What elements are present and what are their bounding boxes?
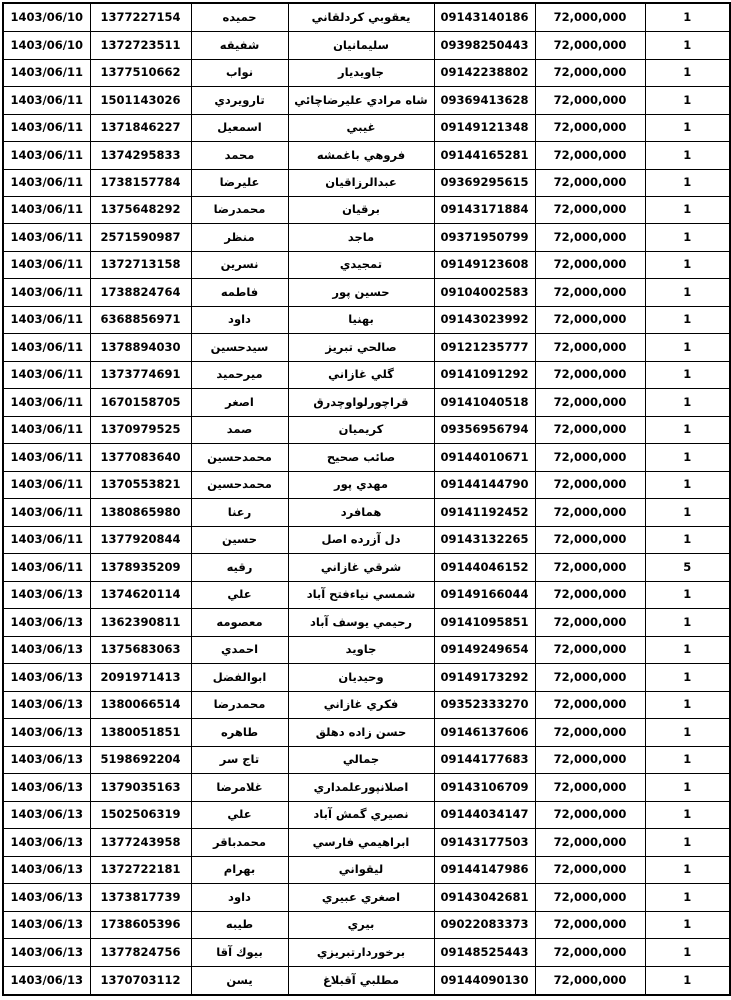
table-row: 1403/06/111377083640محمدحسينصائب صحيح091…	[3, 444, 730, 471]
cell-amount: 72,000,000	[535, 884, 645, 911]
table-row: 1403/06/131380051851طاهرهحسن زاده دهلق09…	[3, 719, 730, 746]
cell-last-name: كريميان	[288, 416, 434, 443]
table-row: 1403/06/111738824764فاطمهحسين پور0910400…	[3, 279, 730, 306]
cell-id: 1670158705	[90, 389, 191, 416]
cell-date: 1403/06/13	[3, 664, 90, 691]
cell-count: 1	[645, 361, 730, 388]
cell-date: 1403/06/13	[3, 636, 90, 663]
cell-count: 1	[645, 884, 730, 911]
cell-phone: 09143132265	[434, 526, 535, 553]
cell-amount: 72,000,000	[535, 856, 645, 883]
cell-amount: 72,000,000	[535, 691, 645, 718]
cell-count: 1	[645, 389, 730, 416]
cell-amount: 72,000,000	[535, 746, 645, 773]
cell-amount: 72,000,000	[535, 251, 645, 278]
cell-count: 1	[645, 334, 730, 361]
cell-first-name: عليرضا	[191, 169, 288, 196]
cell-last-name: فكري غازاني	[288, 691, 434, 718]
cell-id: 2571590987	[90, 224, 191, 251]
cell-amount: 72,000,000	[535, 719, 645, 746]
table-body: 1403/06/101377227154حميدهيعقوبي كردلقاني…	[3, 3, 730, 995]
cell-amount: 72,000,000	[535, 416, 645, 443]
cell-date: 1403/06/11	[3, 416, 90, 443]
cell-amount: 72,000,000	[535, 197, 645, 224]
cell-date: 1403/06/11	[3, 361, 90, 388]
cell-id: 1374295833	[90, 142, 191, 169]
cell-id: 5198692204	[90, 746, 191, 773]
cell-last-name: غيبي	[288, 114, 434, 141]
cell-date: 1403/06/13	[3, 939, 90, 966]
cell-last-name: اصلانپورعلمداري	[288, 774, 434, 801]
cell-id: 1738605396	[90, 911, 191, 938]
cell-count: 1	[645, 801, 730, 828]
cell-phone: 09141091292	[434, 361, 535, 388]
cell-amount: 72,000,000	[535, 279, 645, 306]
cell-phone: 09144046152	[434, 554, 535, 581]
cell-amount: 72,000,000	[535, 361, 645, 388]
cell-count: 1	[645, 664, 730, 691]
cell-phone: 09398250443	[434, 32, 535, 59]
table-row: 1403/06/135198692204تاج سرجمالي091441776…	[3, 746, 730, 773]
cell-last-name: قراچورلواوچدرق	[288, 389, 434, 416]
cell-last-name: صائب صحيح	[288, 444, 434, 471]
table-row: 1403/06/111372713158نسرينتمجيدي091491236…	[3, 251, 730, 278]
cell-last-name: برقيان	[288, 197, 434, 224]
cell-last-name: همافرد	[288, 499, 434, 526]
cell-date: 1403/06/10	[3, 3, 90, 32]
cell-last-name: شرقي غازاني	[288, 554, 434, 581]
cell-last-name: ماجد	[288, 224, 434, 251]
cell-count: 1	[645, 59, 730, 86]
table-row: 1403/06/111378935209رقيهشرقي غازاني09144…	[3, 554, 730, 581]
cell-count: 1	[645, 87, 730, 114]
cell-last-name: شاه مرادي عليرضاچائي	[288, 87, 434, 114]
cell-count: 1	[645, 499, 730, 526]
cell-first-name: محمدرضا	[191, 197, 288, 224]
cell-phone: 09146137606	[434, 719, 535, 746]
cell-id: 1362390811	[90, 609, 191, 636]
table-row: 1403/06/111501143026تارويرديشاه مرادي عل…	[3, 87, 730, 114]
cell-first-name: نواب	[191, 59, 288, 86]
cell-first-name: تارويردي	[191, 87, 288, 114]
cell-date: 1403/06/11	[3, 87, 90, 114]
cell-first-name: علي	[191, 581, 288, 608]
table-row: 1403/06/111374295833محمدفروهي باغمشه0914…	[3, 142, 730, 169]
cell-id: 1375683063	[90, 636, 191, 663]
cell-id: 1378935209	[90, 554, 191, 581]
cell-date: 1403/06/11	[3, 114, 90, 141]
cell-count: 1	[645, 636, 730, 663]
table-row: 1403/06/111380865980رعناهمافرد0914119245…	[3, 499, 730, 526]
table-row: 1403/06/131370703112يسنمطلبي آقبلاغ09144…	[3, 966, 730, 995]
cell-count: 1	[645, 911, 730, 938]
cell-count: 1	[645, 746, 730, 773]
cell-date: 1403/06/11	[3, 334, 90, 361]
cell-phone: 09369295615	[434, 169, 535, 196]
cell-amount: 72,000,000	[535, 774, 645, 801]
cell-amount: 72,000,000	[535, 389, 645, 416]
cell-first-name: اسمعيل	[191, 114, 288, 141]
table-row: 1403/06/111670158705اصغرقراچورلواوچدرق09…	[3, 389, 730, 416]
cell-amount: 72,000,000	[535, 3, 645, 32]
cell-id: 1374620114	[90, 581, 191, 608]
cell-date: 1403/06/11	[3, 169, 90, 196]
table-row: 1403/06/131377824756بيوك آقابرخوردارتبري…	[3, 939, 730, 966]
cell-date: 1403/06/13	[3, 719, 90, 746]
cell-id: 6368856971	[90, 306, 191, 333]
table-row: 1403/06/111375648292محمدرضابرقيان0914317…	[3, 197, 730, 224]
cell-count: 1	[645, 3, 730, 32]
table-row: 1403/06/131502506319علينصيري گمش آباد091…	[3, 801, 730, 828]
cell-last-name: جاويد	[288, 636, 434, 663]
cell-last-name: وحيديان	[288, 664, 434, 691]
cell-amount: 72,000,000	[535, 169, 645, 196]
cell-phone: 09149123608	[434, 251, 535, 278]
cell-amount: 72,000,000	[535, 801, 645, 828]
cell-last-name: عبدالرزاقيان	[288, 169, 434, 196]
cell-count: 1	[645, 169, 730, 196]
cell-amount: 72,000,000	[535, 334, 645, 361]
cell-first-name: حميده	[191, 3, 288, 32]
table-row: 1403/06/111373774691ميرحميدگلي غازاني091…	[3, 361, 730, 388]
cell-last-name: صالحي تبريز	[288, 334, 434, 361]
cell-id: 1501143026	[90, 87, 191, 114]
cell-phone: 09371950799	[434, 224, 535, 251]
cell-date: 1403/06/11	[3, 499, 90, 526]
cell-first-name: نسرين	[191, 251, 288, 278]
cell-amount: 72,000,000	[535, 142, 645, 169]
cell-first-name: غلامرضا	[191, 774, 288, 801]
cell-phone: 09141192452	[434, 499, 535, 526]
cell-date: 1403/06/13	[3, 691, 90, 718]
cell-last-name: سليمانيان	[288, 32, 434, 59]
cell-id: 1380066514	[90, 691, 191, 718]
cell-id: 1379035163	[90, 774, 191, 801]
cell-id: 1502506319	[90, 801, 191, 828]
cell-count: 1	[645, 939, 730, 966]
cell-count: 1	[645, 966, 730, 995]
cell-id: 1738824764	[90, 279, 191, 306]
cell-date: 1403/06/13	[3, 966, 90, 995]
cell-last-name: برخوردارتبريزي	[288, 939, 434, 966]
cell-phone: 09142238802	[434, 59, 535, 86]
cell-id: 1380865980	[90, 499, 191, 526]
table-row: 1403/06/132091971413ابوالفضلوحيديان09149…	[3, 664, 730, 691]
cell-amount: 72,000,000	[535, 609, 645, 636]
cell-id: 1377920844	[90, 526, 191, 553]
table-row: 1403/06/131372722181بهرامليقواني09144147…	[3, 856, 730, 883]
table-row: 1403/06/111738157784عليرضاعبدالرزاقيان09…	[3, 169, 730, 196]
cell-id: 1377083640	[90, 444, 191, 471]
cell-id: 1375648292	[90, 197, 191, 224]
cell-id: 1377243958	[90, 829, 191, 856]
cell-date: 1403/06/13	[3, 911, 90, 938]
cell-phone: 09143140186	[434, 3, 535, 32]
cell-amount: 72,000,000	[535, 114, 645, 141]
cell-amount: 72,000,000	[535, 471, 645, 498]
cell-id: 1370553821	[90, 471, 191, 498]
cell-date: 1403/06/11	[3, 279, 90, 306]
cell-last-name: اصغري عبيري	[288, 884, 434, 911]
cell-phone: 09149249654	[434, 636, 535, 663]
cell-id: 1377824756	[90, 939, 191, 966]
table-row: 1403/06/111370979525صمدكريميان0935695679…	[3, 416, 730, 443]
cell-first-name: طاهره	[191, 719, 288, 746]
cell-amount: 72,000,000	[535, 499, 645, 526]
cell-first-name: علي	[191, 801, 288, 828]
cell-amount: 72,000,000	[535, 59, 645, 86]
cell-last-name: حسن زاده دهلق	[288, 719, 434, 746]
table-row: 1403/06/131373817739داوداصغري عبيري09143…	[3, 884, 730, 911]
cell-count: 1	[645, 197, 730, 224]
table-row: 1403/06/131362390811معصومهرحيمي يوسف آبا…	[3, 609, 730, 636]
cell-count: 1	[645, 279, 730, 306]
cell-first-name: اصغر	[191, 389, 288, 416]
cell-first-name: داود	[191, 884, 288, 911]
cell-first-name: ابوالفضل	[191, 664, 288, 691]
cell-id: 1372722181	[90, 856, 191, 883]
cell-last-name: تمجيدي	[288, 251, 434, 278]
cell-last-name: گلي غازاني	[288, 361, 434, 388]
cell-phone: 09144010671	[434, 444, 535, 471]
cell-phone: 09143106709	[434, 774, 535, 801]
cell-count: 1	[645, 251, 730, 278]
cell-amount: 72,000,000	[535, 911, 645, 938]
cell-last-name: ابراهيمي فارسي	[288, 829, 434, 856]
cell-id: 1370979525	[90, 416, 191, 443]
cell-phone: 09149121348	[434, 114, 535, 141]
cell-first-name: رقيه	[191, 554, 288, 581]
cell-date: 1403/06/13	[3, 746, 90, 773]
cell-date: 1403/06/11	[3, 526, 90, 553]
cell-count: 1	[645, 774, 730, 801]
table-row: 1403/06/131377243958محمدباقرابراهيمي فار…	[3, 829, 730, 856]
cell-date: 1403/06/13	[3, 829, 90, 856]
cell-count: 1	[645, 142, 730, 169]
cell-last-name: دل آزرده اصل	[288, 526, 434, 553]
cell-first-name: صمد	[191, 416, 288, 443]
cell-first-name: تاج سر	[191, 746, 288, 773]
cell-phone: 09141040518	[434, 389, 535, 416]
cell-amount: 72,000,000	[535, 966, 645, 995]
cell-id: 1373817739	[90, 884, 191, 911]
cell-date: 1403/06/13	[3, 774, 90, 801]
cell-count: 1	[645, 224, 730, 251]
cell-first-name: شفيقه	[191, 32, 288, 59]
cell-first-name: ميرحميد	[191, 361, 288, 388]
cell-phone: 09144177683	[434, 746, 535, 773]
cell-id: 1377227154	[90, 3, 191, 32]
cell-count: 1	[645, 306, 730, 333]
cell-count: 1	[645, 32, 730, 59]
table-row: 1403/06/131374620114عليشمسي نياءفتح آباد…	[3, 581, 730, 608]
cell-first-name: فاطمه	[191, 279, 288, 306]
cell-first-name: سيدحسين	[191, 334, 288, 361]
records-table: 1403/06/101377227154حميدهيعقوبي كردلقاني…	[2, 2, 731, 996]
cell-phone: 09143177503	[434, 829, 535, 856]
cell-id: 1738157784	[90, 169, 191, 196]
cell-id: 1372723511	[90, 32, 191, 59]
cell-first-name: احمدي	[191, 636, 288, 663]
cell-date: 1403/06/13	[3, 801, 90, 828]
cell-date: 1403/06/13	[3, 884, 90, 911]
table-row: 1403/06/111377510662نوابجاويديار09142238…	[3, 59, 730, 86]
table-row: 1403/06/131375683063احمديجاويد0914924965…	[3, 636, 730, 663]
cell-id: 1371846227	[90, 114, 191, 141]
table-row: 1403/06/111378894030سيدحسينصالحي تبريز09…	[3, 334, 730, 361]
cell-phone: 09149166044	[434, 581, 535, 608]
cell-date: 1403/06/13	[3, 856, 90, 883]
cell-id: 2091971413	[90, 664, 191, 691]
cell-count: 1	[645, 471, 730, 498]
cell-phone: 09104002583	[434, 279, 535, 306]
cell-count: 1	[645, 719, 730, 746]
cell-id: 1378894030	[90, 334, 191, 361]
cell-date: 1403/06/11	[3, 444, 90, 471]
cell-last-name: جاويديار	[288, 59, 434, 86]
cell-last-name: فروهي باغمشه	[288, 142, 434, 169]
cell-count: 1	[645, 856, 730, 883]
cell-id: 1373774691	[90, 361, 191, 388]
cell-date: 1403/06/11	[3, 554, 90, 581]
cell-first-name: محمد	[191, 142, 288, 169]
cell-last-name: ليقواني	[288, 856, 434, 883]
cell-last-name: شمسي نياءفتح آباد	[288, 581, 434, 608]
cell-phone: 09356956794	[434, 416, 535, 443]
cell-id: 1370703112	[90, 966, 191, 995]
cell-count: 5	[645, 554, 730, 581]
cell-id: 1372713158	[90, 251, 191, 278]
cell-count: 1	[645, 609, 730, 636]
cell-first-name: حسين	[191, 526, 288, 553]
cell-first-name: محمدباقر	[191, 829, 288, 856]
cell-first-name: طيبه	[191, 911, 288, 938]
cell-phone: 09143042681	[434, 884, 535, 911]
cell-date: 1403/06/10	[3, 32, 90, 59]
cell-date: 1403/06/13	[3, 581, 90, 608]
cell-phone: 09022083373	[434, 911, 535, 938]
cell-phone: 09144090130	[434, 966, 535, 995]
cell-count: 1	[645, 444, 730, 471]
cell-last-name: بيري	[288, 911, 434, 938]
cell-date: 1403/06/11	[3, 142, 90, 169]
cell-phone: 09143023992	[434, 306, 535, 333]
cell-amount: 72,000,000	[535, 87, 645, 114]
cell-phone: 09144165281	[434, 142, 535, 169]
cell-date: 1403/06/13	[3, 609, 90, 636]
table-row: 1403/06/131379035163غلامرضااصلانپورعلمدا…	[3, 774, 730, 801]
table-row: 1403/06/116368856971داودبهنيا09143023992…	[3, 306, 730, 333]
cell-id: 1380051851	[90, 719, 191, 746]
cell-last-name: مهدي پور	[288, 471, 434, 498]
table-row: 1403/06/131738605396طيبهبيري090220833737…	[3, 911, 730, 938]
table-row: 1403/06/112571590987منظرماجد093719507997…	[3, 224, 730, 251]
cell-first-name: منظر	[191, 224, 288, 251]
cell-last-name: يعقوبي كردلقاني	[288, 3, 434, 32]
cell-amount: 72,000,000	[535, 306, 645, 333]
cell-first-name: داود	[191, 306, 288, 333]
cell-amount: 72,000,000	[535, 829, 645, 856]
cell-date: 1403/06/11	[3, 306, 90, 333]
cell-phone: 09144144790	[434, 471, 535, 498]
cell-id: 1377510662	[90, 59, 191, 86]
cell-count: 1	[645, 526, 730, 553]
cell-date: 1403/06/11	[3, 251, 90, 278]
table-row: 1403/06/131380066514محمدرضافكري غازاني09…	[3, 691, 730, 718]
cell-phone: 09144034147	[434, 801, 535, 828]
cell-phone: 09141095851	[434, 609, 535, 636]
cell-last-name: نصيري گمش آباد	[288, 801, 434, 828]
cell-date: 1403/06/11	[3, 389, 90, 416]
cell-amount: 72,000,000	[535, 636, 645, 663]
cell-last-name: حسين پور	[288, 279, 434, 306]
cell-date: 1403/06/11	[3, 471, 90, 498]
cell-count: 1	[645, 829, 730, 856]
cell-phone: 09144147986	[434, 856, 535, 883]
cell-first-name: بهرام	[191, 856, 288, 883]
cell-count: 1	[645, 581, 730, 608]
table-row: 1403/06/101372723511شفيقهسليمانيان093982…	[3, 32, 730, 59]
cell-count: 1	[645, 691, 730, 718]
cell-amount: 72,000,000	[535, 554, 645, 581]
cell-phone: 09149173292	[434, 664, 535, 691]
cell-amount: 72,000,000	[535, 32, 645, 59]
cell-date: 1403/06/11	[3, 224, 90, 251]
cell-phone: 09369413628	[434, 87, 535, 114]
cell-date: 1403/06/11	[3, 59, 90, 86]
cell-first-name: محمدحسين	[191, 471, 288, 498]
table-row: 1403/06/111370553821محمدحسينمهدي پور0914…	[3, 471, 730, 498]
cell-phone: 09121235777	[434, 334, 535, 361]
cell-date: 1403/06/11	[3, 197, 90, 224]
table-row: 1403/06/111377920844حسيندل آزرده اصل0914…	[3, 526, 730, 553]
cell-last-name: رحيمي يوسف آباد	[288, 609, 434, 636]
cell-last-name: جمالي	[288, 746, 434, 773]
cell-phone: 09143171884	[434, 197, 535, 224]
cell-amount: 72,000,000	[535, 939, 645, 966]
cell-phone: 09352333270	[434, 691, 535, 718]
cell-count: 1	[645, 114, 730, 141]
cell-amount: 72,000,000	[535, 526, 645, 553]
cell-amount: 72,000,000	[535, 444, 645, 471]
cell-count: 1	[645, 416, 730, 443]
table-row: 1403/06/111371846227اسمعيلغيبي0914912134…	[3, 114, 730, 141]
document-page: 1403/06/101377227154حميدهيعقوبي كردلقاني…	[0, 0, 731, 1000]
cell-last-name: بهنيا	[288, 306, 434, 333]
cell-amount: 72,000,000	[535, 581, 645, 608]
cell-first-name: معصومه	[191, 609, 288, 636]
cell-first-name: رعنا	[191, 499, 288, 526]
cell-first-name: بيوك آقا	[191, 939, 288, 966]
cell-last-name: مطلبي آقبلاغ	[288, 966, 434, 995]
cell-first-name: يسن	[191, 966, 288, 995]
cell-phone: 09148525443	[434, 939, 535, 966]
cell-first-name: محمدرضا	[191, 691, 288, 718]
cell-amount: 72,000,000	[535, 224, 645, 251]
cell-first-name: محمدحسين	[191, 444, 288, 471]
cell-amount: 72,000,000	[535, 664, 645, 691]
table-row: 1403/06/101377227154حميدهيعقوبي كردلقاني…	[3, 3, 730, 32]
